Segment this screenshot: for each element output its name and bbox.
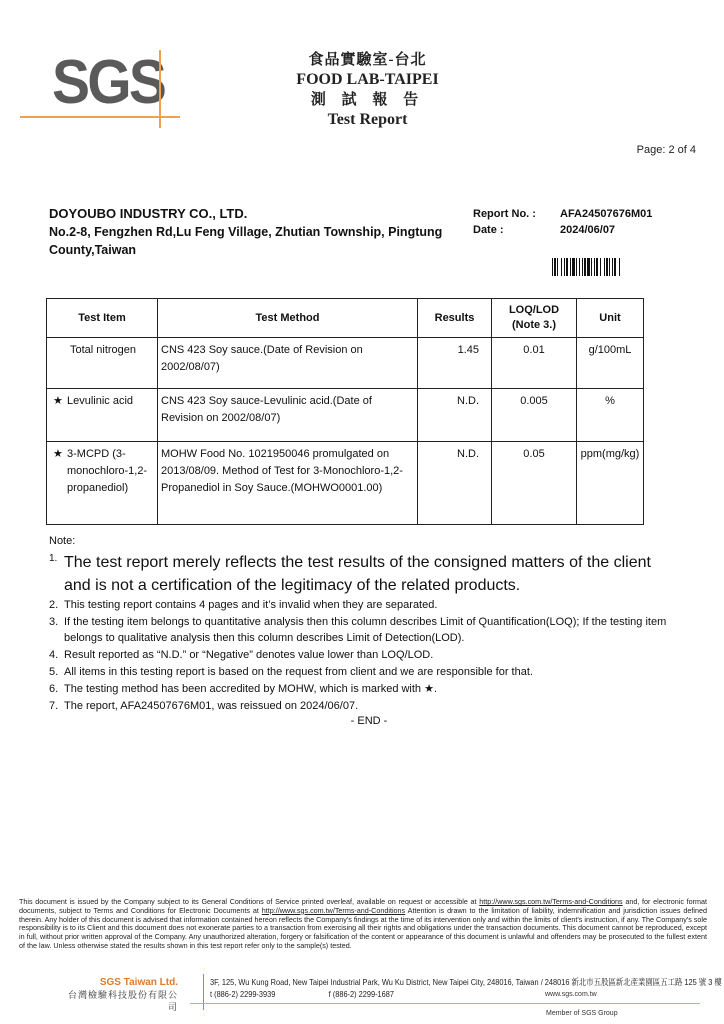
- terms-link[interactable]: http://www.sgs.com.tw/Terms-and-Conditio…: [479, 897, 622, 906]
- cell-loq: 0.01: [492, 338, 577, 389]
- note-text: If the testing item belongs to quantitat…: [64, 614, 679, 646]
- page-number: Page: 2 of 4: [637, 144, 696, 156]
- report-title-zh: 測 試 報 告: [280, 90, 455, 110]
- logo-horizontal-line: [20, 116, 180, 118]
- cell-unit: ppm(mg/kg): [577, 442, 644, 525]
- header-loq-line2: (Note 3.): [492, 318, 576, 333]
- table-row: ★ 3-MCPD (3-monochloro-1,2-propanediol) …: [47, 442, 644, 525]
- report-number-label: Report No. :: [473, 206, 560, 222]
- note-item: 1. The test report merely reflects the t…: [49, 551, 679, 597]
- notes-title: Note:: [49, 535, 679, 547]
- footer-divider-horizontal: [190, 1003, 700, 1004]
- header-results: Results: [418, 299, 492, 338]
- note-text: This testing report contains 4 pages and…: [64, 597, 437, 613]
- note-number: 2.: [49, 597, 64, 613]
- note-text: The test report merely reflects the test…: [64, 551, 679, 597]
- cell-result: N.D.: [418, 442, 492, 525]
- test-item-name: 3-MCPD (3-monochloro-1,2-propanediol): [67, 446, 153, 497]
- cell-result: N.D.: [418, 389, 492, 442]
- header-loq-line1: LOQ/LOD: [492, 303, 576, 318]
- star-icon: ★: [53, 393, 67, 410]
- cell-result: 1.45: [418, 338, 492, 389]
- cell-loq: 0.05: [492, 442, 577, 525]
- company-name-zh: 台灣檢驗科技股份有限公司: [60, 989, 178, 1013]
- report-number: AFA24507676M01: [560, 206, 652, 222]
- report-date: 2024/06/07: [560, 222, 615, 238]
- lab-name-en: FOOD LAB-TAIPEI: [280, 70, 455, 90]
- note-item: 6. The testing method has been accredite…: [49, 681, 679, 697]
- member-of-sgs-group: Member of SGS Group: [546, 1010, 618, 1017]
- footer-company: SGS Taiwan Ltd. 台灣檢驗科技股份有限公司: [60, 976, 178, 1013]
- cell-test-item: Total nitrogen: [47, 338, 158, 389]
- report-title-en: Test Report: [280, 110, 455, 130]
- cell-test-method: MOHW Food No. 1021950046 promulgated on …: [158, 442, 418, 525]
- header-loq-lod: LOQ/LOD (Note 3.): [492, 299, 577, 338]
- telephone: t (886-2) 2299-3939: [210, 989, 275, 999]
- note-number: 7.: [49, 698, 64, 714]
- lab-name-zh: 食品實驗室-台北: [280, 50, 455, 70]
- test-item-name: Levulinic acid: [67, 393, 133, 410]
- note-text: All items in this testing report is base…: [64, 664, 533, 680]
- note-number: 4.: [49, 647, 64, 663]
- header-test-item: Test Item: [47, 299, 158, 338]
- note-item: 3. If the testing item belongs to quanti…: [49, 614, 679, 646]
- table-row: ★ Levulinic acid CNS 423 Soy sauce-Levul…: [47, 389, 644, 442]
- client-address-line1: No.2-8, Fengzhen Rd,Lu Feng Village, Zhu…: [49, 223, 469, 241]
- cell-loq: 0.005: [492, 389, 577, 442]
- legal-disclaimer: This document is issued by the Company s…: [19, 898, 707, 951]
- end-marker: - END -: [49, 715, 679, 727]
- client-name: DOYOUBO INDUSTRY CO., LTD.: [49, 205, 469, 223]
- note-number: 3.: [49, 614, 64, 646]
- notes-section: Note: 1. The test report merely reflects…: [49, 535, 679, 727]
- note-item: 2. This testing report contains 4 pages …: [49, 597, 679, 613]
- table-row: Total nitrogen CNS 423 Soy sauce.(Date o…: [47, 338, 644, 389]
- note-number: 1.: [49, 551, 64, 597]
- note-item: 4. Result reported as “N.D.” or “Negativ…: [49, 647, 679, 663]
- report-date-label: Date :: [473, 222, 560, 238]
- table-header-row: Test Item Test Method Results LOQ/LOD (N…: [47, 299, 644, 338]
- note-number: 5.: [49, 664, 64, 680]
- header-unit: Unit: [577, 299, 644, 338]
- star-icon: ★: [53, 446, 67, 497]
- note-text: The report, AFA24507676M01, was reissued…: [64, 698, 358, 714]
- note-item: 7. The report, AFA24507676M01, was reiss…: [49, 698, 679, 714]
- header-test-method: Test Method: [158, 299, 418, 338]
- electronic-terms-link[interactable]: http://www.sgs.com.tw/Terms-and-Conditio…: [262, 906, 405, 915]
- cell-test-method: CNS 423 Soy sauce.(Date of Revision on 2…: [158, 338, 418, 389]
- note-text: Result reported as “N.D.” or “Negative” …: [64, 647, 433, 663]
- note-item: 5. All items in this testing report is b…: [49, 664, 679, 680]
- cell-test-method: CNS 423 Soy sauce-Levulinic acid.(Date o…: [158, 389, 418, 442]
- client-block: DOYOUBO INDUSTRY CO., LTD. No.2-8, Fengz…: [49, 205, 469, 259]
- logo-vertical-line: [159, 50, 161, 128]
- sgs-logo: SGS: [20, 52, 185, 122]
- client-address-line2: County,Taiwan: [49, 241, 469, 259]
- lab-title-block: 食品實驗室-台北 FOOD LAB-TAIPEI 測 試 報 告 Test Re…: [280, 50, 455, 130]
- company-name-en: SGS Taiwan Ltd.: [60, 976, 178, 989]
- footer-divider-vertical: [203, 974, 204, 1010]
- disclaimer-text: This document is issued by the Company s…: [19, 897, 479, 906]
- barcode: [552, 258, 676, 276]
- cell-test-item: ★ 3-MCPD (3-monochloro-1,2-propanediol): [47, 442, 158, 525]
- note-number: 6.: [49, 681, 64, 697]
- logo-text: SGS: [52, 48, 164, 118]
- note-text: The testing method has been accredited b…: [64, 681, 437, 697]
- cell-unit: g/100mL: [577, 338, 644, 389]
- company-contact: t (886-2) 2299-3939f (886-2) 2299-1687: [210, 989, 394, 999]
- results-table: Test Item Test Method Results LOQ/LOD (N…: [46, 298, 644, 525]
- company-website: www.sgs.com.tw: [545, 991, 597, 998]
- cell-test-item: ★ Levulinic acid: [47, 389, 158, 442]
- company-address: 3F, 125, Wu Kung Road, New Taipei Indust…: [210, 976, 722, 988]
- fax: f (886-2) 2299-1687: [329, 989, 394, 999]
- cell-unit: %: [577, 389, 644, 442]
- report-info: Report No. : AFA24507676M01 Date : 2024/…: [473, 206, 652, 238]
